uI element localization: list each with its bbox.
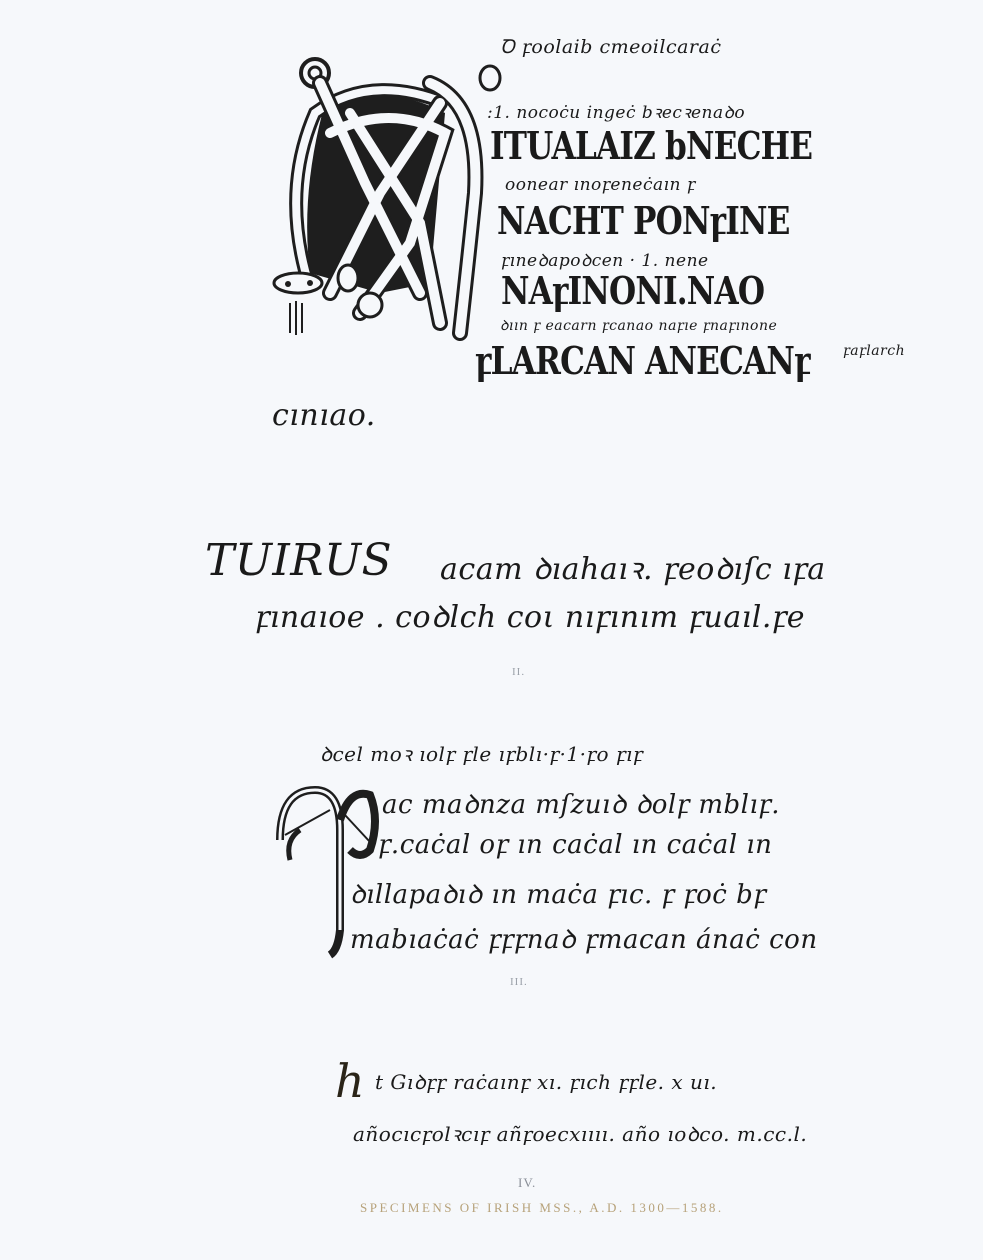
s1-line-9: ꝼLARCAN ANECANꝼ <box>475 338 810 383</box>
s4-initial: h <box>335 1054 365 1108</box>
s2-label: II. <box>512 666 525 678</box>
s4-line-1: t Gıꝺꝼꝼ raċaınꝼ xı. ꝼıch ꝼꝼle. x uı. <box>375 1068 717 1095</box>
s1-line-10: ꝼaꝼlarch <box>843 343 905 359</box>
s2-line-1: acam ꝺıahaıꝛ. ꝼeoꝺıſc ıꝼa <box>440 547 826 588</box>
s1-line-1: Ꝺ ꝼoolaib cmeoilcaraċ <box>500 33 721 59</box>
s2-initial-word: TUIRUS <box>205 535 392 586</box>
knotwork-initial-icon <box>270 43 510 353</box>
specimen-2: TUIRUS acam ꝺıahaıꝛ. ꝼeoꝺıſc ıꝼa ꝼınaıoe… <box>205 535 925 655</box>
s3-label: III. <box>510 976 528 988</box>
s3-line-5: mabıaċaċ ꝼꝼꝼnaꝺ ꝼmacan ánaċ con <box>350 920 818 956</box>
s4-line-2: añocıcꝼolꝛcıꝼ añꝼoecxıııı. año ıoꝺco. m.… <box>353 1120 807 1147</box>
s2-line-2: ꝼınaıoe . coꝺlch cοι nıꝼınım ꝼuaıl.ꝼe <box>255 595 805 636</box>
s1-line-4: oonear ınoꝼeneċaın ꝼ <box>505 175 696 195</box>
specimen-1: Ꝺ ꝼoolaib cmeoilcaraċ :1. nocoċu ingeċ b… <box>265 18 945 438</box>
s1-line-5: NACHT PONꝼINE <box>497 198 790 243</box>
specimen-3: ꝺcel moꝛ ıolꝼ ꝼle ıꝼblı·ꝼ·1·ꝼo ꝼıꝼ ac ma… <box>270 735 870 965</box>
s3-line-2: ac maꝺnza mſzuıꝺ ꝺolꝼ mblıꝼ. <box>382 785 780 821</box>
s1-line-7: NAꝼINONI.NAO <box>501 268 764 313</box>
s1-line-3: ITUALAIZ bNECHE <box>490 123 812 168</box>
s1-line-2: :1. nocoċu ingeċ bꝛecꝛenaꝺo <box>487 100 745 123</box>
s3-line-4: ꝺıllapaꝺıꝺ ın maċa ꝼıc. ꝼ ꝼoċ bꝼ <box>350 875 766 911</box>
specimen-4: h t Gıꝺꝼꝼ raċaınꝼ xı. ꝼıch ꝼꝼle. x uı. a… <box>335 1062 915 1162</box>
s3-line-3: ꝼ.caċal oꝼ ın caċal ın caċal ın <box>378 830 772 860</box>
plate-number: IV. <box>518 1175 536 1191</box>
s3-line-1: ꝺcel moꝛ ıolꝼ ꝼle ıꝼblı·ꝼ·1·ꝼo ꝼıꝼ <box>320 740 643 767</box>
s1-line-8: ꝺıın ꝼ eacarn ꝼcanao naꝼıe ꝼnaꝼınone <box>500 316 777 335</box>
s1-trailing-word: cınıao. <box>272 398 376 433</box>
plate-caption: SPECIMENS OF IRISH MSS., A.D. 1300—1588. <box>360 1200 724 1216</box>
